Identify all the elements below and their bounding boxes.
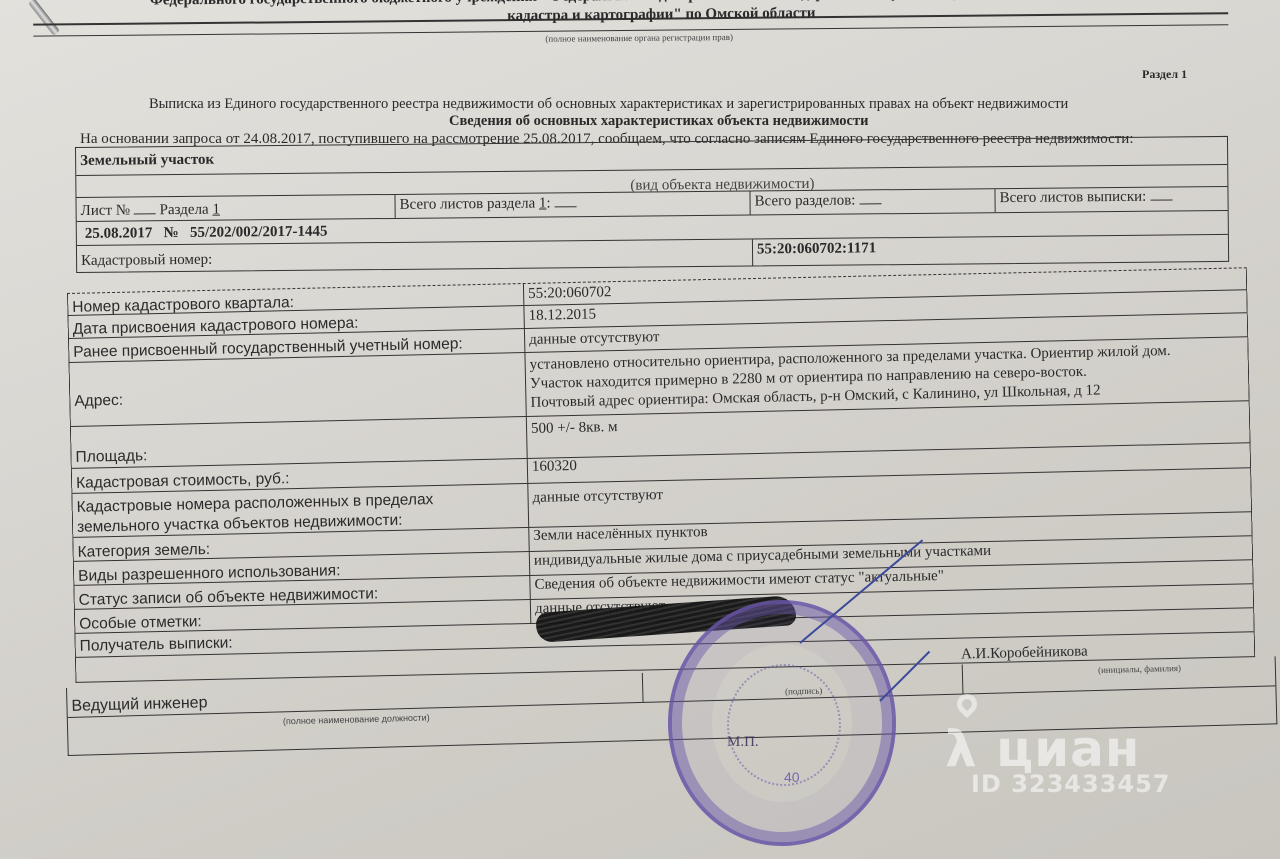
section-of-sheet-value: 1 [212,202,220,218]
watermark-id: ID 323433457 [971,770,1171,798]
total-sheets-section-label: Всего листов раздела [399,196,535,213]
object-type: Земельный участок [76,142,676,175]
object-type-caption: (вид объекта недвижимости) [626,169,818,192]
sheet-number-blank [134,201,156,214]
cian-watermark: λ циан ID 323433457 [945,720,1171,798]
total-sheets-section-blank [554,194,576,207]
section-of-sheet-label: Раздела [160,202,209,218]
signer-name: А.И.Коробейникова [961,643,1088,663]
object-info-table: Земельный участок (вид объекта недвижимо… [75,136,1229,273]
section-label: Раздел 1 [1142,67,1187,82]
document-subtitle: Сведения об основных характеристиках объ… [449,113,868,130]
registration-number: 55/202/002/2017-1445 [190,224,328,241]
position-cell: Ведущий инженер (полное наименование дол… [68,703,644,756]
registration-date: 25.08.2017 [85,225,153,242]
name-caption: (инициалы, фамилия) [1098,663,1181,675]
sheet-label: Лист № [81,202,131,218]
position-title: Ведущий инженер [71,694,207,716]
staple [28,0,60,36]
total-extract-sheets-blank [1150,187,1172,200]
cadastral-number-value: 55:20:060702:1171 [752,235,1228,267]
position-caption: (полное наименование должности) [283,712,430,726]
sheet-number-cell: Лист № Раздела 1 [76,195,394,221]
registration-info: 25.08.2017 № 55/202/002/2017-1445 [81,220,332,245]
document-title: Выписка из Единого государственного реес… [149,96,1068,113]
stamp-emblem [727,664,841,786]
row-label: Адрес: [70,353,526,426]
org-caption: (полное наименование органа регистрации … [545,32,733,44]
number-sign: № [164,225,179,241]
total-sheets-section-value: 1 [539,195,547,211]
total-sheets-section-cell: Всего листов раздела 1: [394,192,749,218]
total-extract-sheets-cell: Всего листов выписки: [994,187,1227,212]
total-sections-cell: Всего разделов: [749,189,994,214]
stamp-number: 40 [784,769,800,785]
cadastral-number-label: Кадастровый номер: [77,240,752,273]
total-sections-label: Всего разделов: [754,193,855,210]
stamp-mp-label: М.П. [727,734,759,751]
org-name-line-2: кадастра и картографии" по Омской област… [507,5,815,25]
official-stamp: М.П. 40 [668,600,896,846]
total-extract-sheets-label: Всего листов выписки: [999,189,1146,206]
total-sections-blank [859,191,881,204]
